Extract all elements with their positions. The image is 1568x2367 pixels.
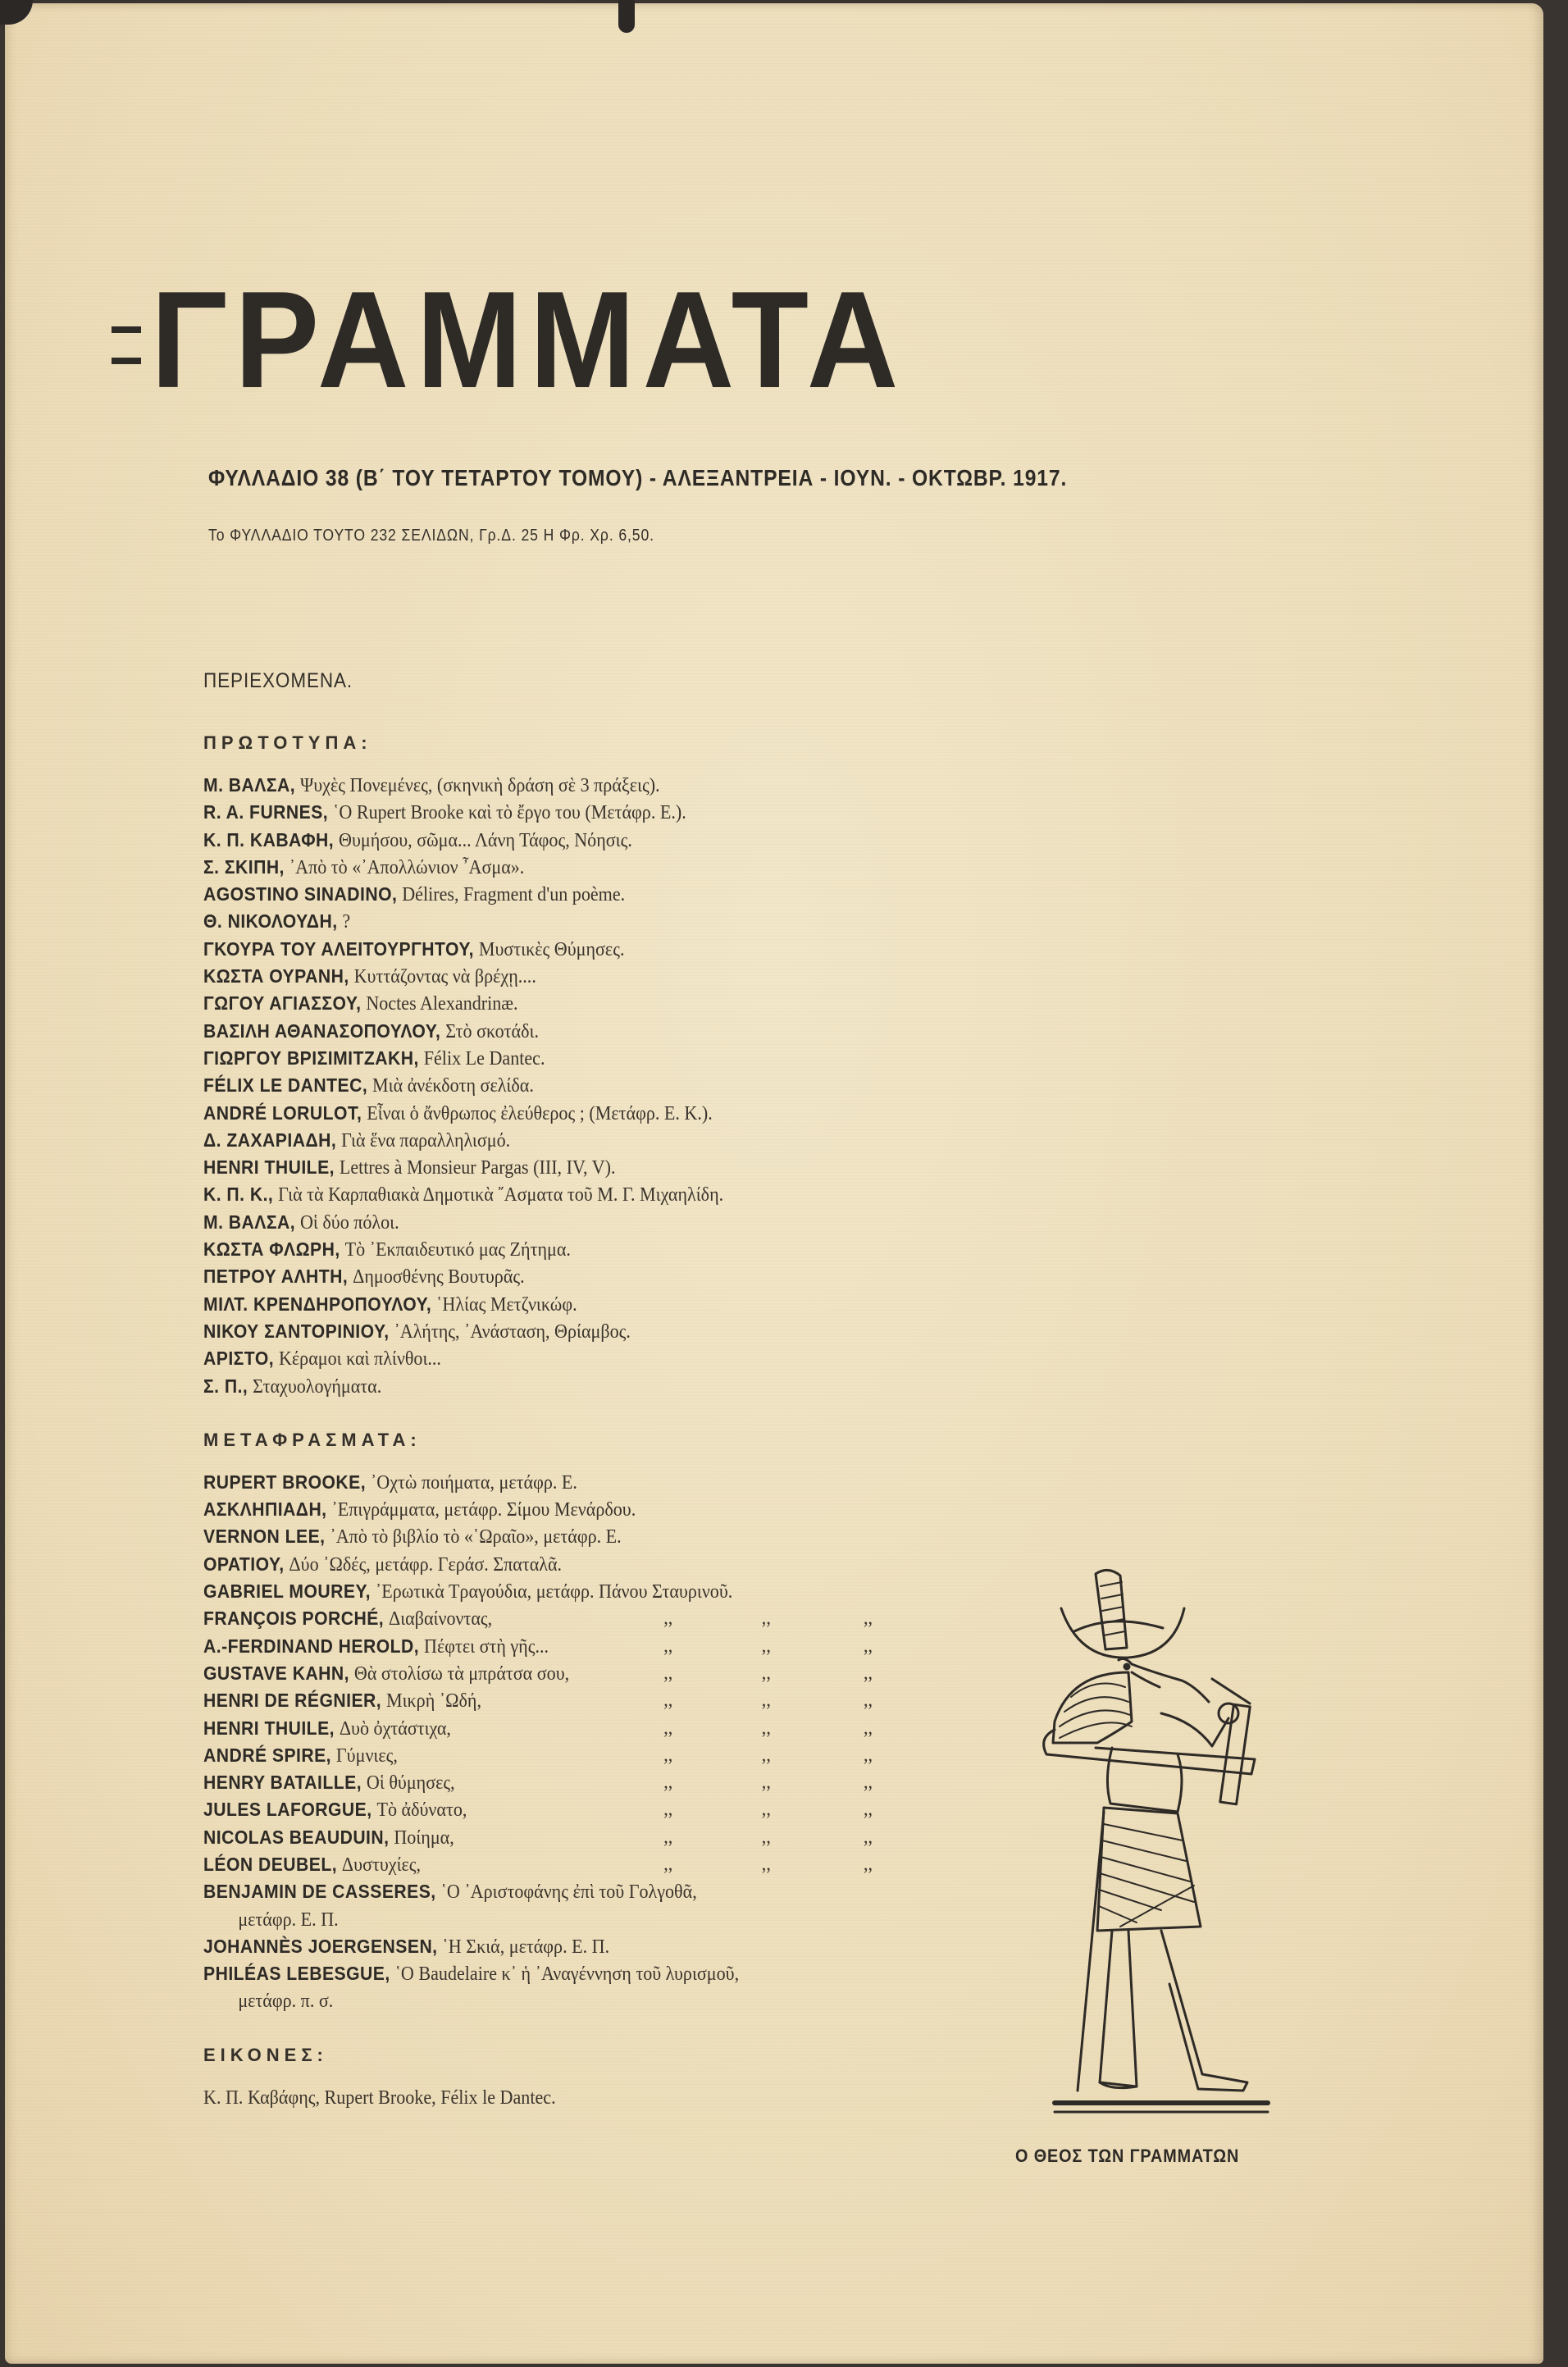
- contents-entry: FRANÇOIS PORCHÉ, Διαβαίνοντας,,,,,,,: [203, 1605, 958, 1632]
- ditto-mark: ,,: [762, 1633, 771, 1659]
- contents-entry: ΑΣΚΛΗΠΙΑΔΗ, ᾿Επιγράμματα, μετάφρ. Σίμου …: [203, 1496, 958, 1523]
- entry-author: A.-FERDINAND HEROLD,: [203, 1635, 419, 1657]
- entry-author: HENRI THUILE,: [203, 1717, 335, 1739]
- ditto-mark: ,,: [864, 1769, 873, 1795]
- contents-entry: JULES LAFORGUE, Τὸ ἀδύνατο,,,,,,,: [203, 1796, 958, 1823]
- contents-entry: VERNON LEE, ᾿Απὸ τὸ βιβλίο τὸ «῾Ωραῖο», …: [203, 1523, 958, 1550]
- entry-work: ῾Η Σκιά, μετάφρ. Ε. Π.: [442, 1936, 609, 1958]
- entry-author: Κ. Π. Κ.,: [203, 1183, 273, 1205]
- entry-work: Οἱ δύο πόλοι.: [300, 1212, 399, 1234]
- entry-work: Οἱ θύμησες,: [367, 1772, 455, 1794]
- contents-entry: ΓΙΩΡΓΟΥ ΒΡΙΣΙΜΙΤΖΑΚΗ, Félix Le Dantec.: [203, 1045, 958, 1072]
- ditto-mark: ,,: [762, 1605, 771, 1631]
- ditto-mark: ,,: [864, 1851, 873, 1877]
- contents-entry: FÉLIX LE DANTEC, Μιὰ ἀνέκδοτη σελίδα.: [203, 1072, 958, 1099]
- contents-entry-continuation: μετάφρ. Ε. Π.: [203, 1906, 958, 1933]
- entry-author: ΟΡΑΤΙΟΥ,: [203, 1553, 285, 1575]
- entry-author: PHILÉAS LEBESGUE,: [203, 1963, 390, 1984]
- entry-work: ᾿Ερωτικὰ Τραγούδια, μετάφρ. Πάνου Σταυρι…: [376, 1581, 732, 1603]
- entry-work: Félix Le Dantec.: [424, 1048, 545, 1069]
- entry-author: ANDRÉ SPIRE,: [203, 1744, 331, 1766]
- entry-author: ΒΑΣΙΛΗ ΑΘΑΝΑΣΟΠΟΥΛΟΥ,: [203, 1020, 440, 1042]
- entry-work: ᾿Απὸ τὸ βιβλίο τὸ «῾Ωραῖο», μετάφρ. Ε.: [330, 1526, 621, 1548]
- entry-work: Μιὰ ἀνέκδοτη σελίδα.: [372, 1075, 534, 1097]
- contents-entry: ΓΚΟΥΡΑ ΤΟΥ ΑΛΕΙΤΟΥΡΓΗΤΟΥ, Μυστικὲς Θύμησ…: [203, 936, 958, 963]
- entry-author: Θ. ΝΙΚΟΛΟΥΔΗ,: [203, 910, 338, 932]
- entry-author: Μ. ΒΑΛΣΑ,: [203, 774, 295, 796]
- ditto-mark: ,,: [663, 1742, 672, 1768]
- contents-entry: ΝΙΚΟΥ ΣΑΝΤΟΡΙΝΙΟΥ, ᾿Αλήτης, ᾿Ανάσταση, Θ…: [203, 1318, 958, 1345]
- entry-work: ᾿Αλήτης, ᾿Ανάσταση, Θρίαμβος.: [394, 1321, 630, 1343]
- contents-entry: NICOLAS BEAUDUIN, Ποίημα,,,,,,,: [203, 1824, 958, 1851]
- ditto-mark: ,,: [663, 1769, 672, 1795]
- ditto-mark: ,,: [864, 1742, 873, 1768]
- entry-author: RUPERT BROOKE,: [203, 1471, 366, 1493]
- contents-entry: ΓΩΓΟΥ ΑΓΙΑΣΣΟΥ, Noctes Alexandrinæ.: [203, 990, 958, 1017]
- ditto-mark: ,,: [663, 1687, 672, 1713]
- contents-entry: Δ. ΖΑΧΑΡΙΑΔΗ, Γιὰ ἕνα παραλληλισμό.: [203, 1127, 958, 1154]
- issue-info: ΦΥΛΛΑΔΙΟ 38 (Β΄ ΤΟΥ ΤΕΤΑΡΤΟΥ ΤΟΜΟΥ) - ΑΛ…: [208, 465, 1067, 491]
- entry-author: ΑΡΙΣΤΟ,: [203, 1348, 274, 1369]
- entry-work: Εἶναι ὁ ἄνθρωπος ἐλεύθερος ; (Μετάφρ. Ε.…: [367, 1103, 713, 1124]
- entry-author: ΚΩΣΤΑ ΦΛΩΡΗ,: [203, 1238, 340, 1260]
- ditto-mark: ,,: [762, 1796, 771, 1822]
- entry-work: Στὸ σκοτάδι.: [445, 1021, 539, 1042]
- contents-entry: Μ. ΒΑΛΣΑ, Οἱ δύο πόλοι.: [203, 1209, 958, 1236]
- contents-entry: ANDRÉ SPIRE, Γύμνιες,,,,,,,: [203, 1742, 958, 1769]
- contents-entry-continuation: μετάφρ. π. σ.: [203, 1987, 958, 2014]
- masthead-double-bar-ornament: [112, 326, 141, 364]
- contents-entry: JOHANNÈS JOERGENSEN, ῾Η Σκιά, μετάφρ. Ε.…: [203, 1933, 958, 1960]
- entry-author: ΓΩΓΟΥ ΑΓΙΑΣΣΟΥ,: [203, 992, 361, 1014]
- entry-author: ANDRÉ LORULOT,: [203, 1102, 362, 1124]
- illustration-caption: Ο ΘΕΟΣ ΤΩΝ ΓΡΑΜΜΑΤΩΝ: [1015, 2146, 1239, 2167]
- entry-work: ᾿Επιγράμματα, μετάφρ. Σίμου Μενάρδου.: [331, 1499, 636, 1521]
- tear-top-left: [0, 0, 33, 25]
- entry-author: HENRY BATAILLE,: [203, 1772, 362, 1793]
- contents-entry: BENJAMIN DE CASSERES, ῾Ο ᾿Αριστοφάνης ἐπ…: [203, 1878, 958, 1905]
- entry-author: HENRI DE RÉGNIER,: [203, 1690, 381, 1711]
- entry-author: VERNON LEE,: [203, 1526, 326, 1547]
- table-of-contents: ΠΕΡΙΕΧΟΜΕΝΑ. ΠΡΩΤΟΤΥΠΑ: Μ. ΒΑΛΣΑ, Ψυχὲς …: [203, 669, 1023, 2111]
- ditto-mark: ,,: [663, 1660, 672, 1686]
- entry-work: Δημοσθένης Βουτυρᾶς.: [353, 1266, 525, 1288]
- contents-title: ΠΕΡΙΕΧΟΜΕΝΑ.: [203, 669, 941, 693]
- entry-work: ῾Ηλίας Μετζνικώφ.: [436, 1294, 577, 1316]
- entry-work: Κέραμοι καὶ πλίνθοι...: [279, 1348, 441, 1370]
- ditto-mark: ,,: [762, 1687, 771, 1713]
- entry-work-continuation: μετάφρ. Ε. Π.: [238, 1909, 338, 1931]
- entry-author: GABRIEL MOUREY,: [203, 1580, 371, 1602]
- contents-entry: RUPERT BROOKE, ᾿Οχτὼ ποιήματα, μετάφρ. Ε…: [203, 1469, 958, 1496]
- images-list: Κ. Π. Καβάφης, Rupert Brooke, Félix le D…: [203, 2084, 958, 2111]
- ditto-mark: ,,: [864, 1796, 873, 1822]
- entry-author: AGOSTINO SINADINO,: [203, 883, 397, 905]
- entry-work: Μυστικὲς Θύμησες.: [479, 939, 625, 960]
- entry-work: Σταχυολογήματα.: [253, 1376, 381, 1398]
- entry-work: Δυὸ ὀχτάστιχα,: [340, 1718, 451, 1740]
- entry-work: Δυστυχίες,: [342, 1854, 421, 1876]
- ditto-mark: ,,: [663, 1824, 672, 1850]
- ditto-mark: ,,: [663, 1605, 672, 1631]
- entry-work: Γύμνιες,: [336, 1745, 398, 1767]
- contents-entry: LÉON DEUBEL, Δυστυχίες,,,,,,,: [203, 1851, 958, 1878]
- ditto-mark: ,,: [663, 1851, 672, 1877]
- magazine-title: ΓΡΑΜΜΑΤΑ: [151, 271, 906, 408]
- entry-work: Διαβαίνοντας,: [389, 1608, 492, 1630]
- entry-author: Σ. ΣΚΙΠΗ,: [203, 856, 285, 878]
- entry-work: ῾Ο Rupert Brooke καὶ τὸ ἔργο του (Μετάφρ…: [333, 802, 686, 823]
- entry-author: ΝΙΚΟΥ ΣΑΝΤΟΡΙΝΙΟΥ,: [203, 1320, 390, 1342]
- translations-list: RUPERT BROOKE, ᾿Οχτὼ ποιήματα, μετάφρ. Ε…: [203, 1469, 1023, 2015]
- contents-entry: PHILÉAS LEBESGUE, ῾Ο Baudelaire κ᾿ ἡ ᾿Αν…: [203, 1960, 958, 1987]
- entry-author: GUSTAVE KAHN,: [203, 1662, 349, 1684]
- contents-entry: HENRI DE RÉGNIER, Μικρὴ ᾿Ωδή,,,,,,,: [203, 1687, 958, 1714]
- contents-entry: ΠΕΤΡΟΥ ΑΛΗΤΗ, Δημοσθένης Βουτυρᾶς.: [203, 1263, 958, 1290]
- entry-author: Δ. ΖΑΧΑΡΙΑΔΗ,: [203, 1129, 336, 1151]
- contents-entry: A.-FERDINAND HEROLD, Πέφτει στὴ γῆς...,,…: [203, 1633, 958, 1660]
- images-text: Κ. Π. Καβάφης, Rupert Brooke, Félix le D…: [203, 2087, 556, 2109]
- ditto-mark: ,,: [762, 1851, 771, 1877]
- entry-work: ᾿Απὸ τὸ «᾿Απολλώνιον ῏Ασμα».: [289, 857, 525, 878]
- contents-entry: HENRY BATAILLE, Οἱ θύμησες,,,,,,,: [203, 1769, 958, 1796]
- masthead: ΓΡΑΜΜΑΤΑ: [112, 274, 972, 405]
- entry-author: BENJAMIN DE CASSERES,: [203, 1881, 436, 1902]
- ditto-mark: ,,: [864, 1715, 873, 1741]
- contents-entry: GABRIEL MOUREY, ᾿Ερωτικὰ Τραγούδια, μετά…: [203, 1578, 958, 1605]
- contents-entry: Κ. Π. ΚΑΒΑΦΗ, Θυμήσου, σῶμα... Λάνη Τάφο…: [203, 827, 958, 854]
- thoth-ibis-god-icon: [1022, 1557, 1276, 2132]
- entry-work: Μικρὴ ᾿Ωδή,: [386, 1690, 481, 1712]
- entry-author: Κ. Π. ΚΑΒΑΦΗ,: [203, 829, 334, 851]
- entry-author: ΠΕΤΡΟΥ ΑΛΗΤΗ,: [203, 1266, 348, 1287]
- ditto-mark: ,,: [762, 1742, 771, 1768]
- entry-work: ῾Ο ᾿Αριστοφάνης ἐπὶ τοῦ Γολγοθᾶ,: [440, 1881, 696, 1903]
- tear-top-center: [618, 0, 635, 33]
- contents-entry: GUSTAVE KAHN, Θὰ στολίσω τὰ μπράτσα σου,…: [203, 1660, 958, 1687]
- entry-work: Πέφτει στὴ γῆς...: [424, 1636, 549, 1658]
- contents-entry: Κ. Π. Κ., Γιὰ τὰ Καρπαθιακὰ Δημοτικὰ ῎Ασ…: [203, 1181, 958, 1208]
- contents-entry: ANDRÉ LORULOT, Εἶναι ὁ ἄνθρωπος ἐλεύθερο…: [203, 1100, 958, 1127]
- contents-entry: Μ. ΒΑΛΣΑ, Ψυχὲς Πονεμένες, (σκηνικὴ δράσ…: [203, 772, 958, 799]
- entry-author: R. A. FURNES,: [203, 801, 328, 823]
- entry-work: ῾Ο Baudelaire κ᾿ ἡ ᾿Αναγέννηση τοῦ λυρισ…: [395, 1963, 740, 1985]
- ditto-mark: ,,: [864, 1660, 873, 1686]
- contents-entry: ΟΡΑΤΙΟΥ, Δύο ᾿Ωδές, μετάφρ. Γεράσ. Σπατα…: [203, 1551, 958, 1578]
- entry-work: ᾿Οχτὼ ποιήματα, μετάφρ. Ε.: [371, 1472, 577, 1494]
- entry-author: HENRI THUILE,: [203, 1156, 335, 1178]
- ditto-mark: ,,: [864, 1687, 873, 1713]
- entry-author: LÉON DEUBEL,: [203, 1854, 337, 1875]
- entry-author: ΚΩΣΤΑ ΟΥΡΑΝΗ,: [203, 965, 349, 987]
- entry-work: Θὰ στολίσω τὰ μπράτσα σου,: [354, 1663, 569, 1685]
- entry-work: ?: [342, 911, 350, 933]
- entry-work: Δύο ᾿Ωδές, μετάφρ. Γεράσ. Σπαταλᾶ.: [289, 1554, 562, 1576]
- contents-entry: ΒΑΣΙΛΗ ΑΘΑΝΑΣΟΠΟΥΛΟΥ, Στὸ σκοτάδι.: [203, 1018, 958, 1045]
- originals-list: Μ. ΒΑΛΣΑ, Ψυχὲς Πονεμένες, (σκηνικὴ δράσ…: [203, 772, 1023, 1400]
- contents-entry: R. A. FURNES, ῾Ο Rupert Brooke καὶ τὸ ἔρ…: [203, 799, 958, 826]
- entry-author: NICOLAS BEAUDUIN,: [203, 1827, 389, 1848]
- contents-entry: ΑΡΙΣΤΟ, Κέραμοι καὶ πλίνθοι...: [203, 1345, 958, 1372]
- ditto-mark: ,,: [762, 1824, 771, 1850]
- ditto-mark: ,,: [762, 1715, 771, 1741]
- entry-author: FÉLIX LE DANTEC,: [203, 1074, 367, 1096]
- entry-work: Γιὰ τὰ Καρπαθιακὰ Δημοτικὰ ῎Ασματα τοῦ Μ…: [278, 1184, 723, 1206]
- ditto-mark: ,,: [864, 1633, 873, 1659]
- entry-author: JULES LAFORGUE,: [203, 1799, 372, 1820]
- thoth-illustration: [1022, 1557, 1276, 2132]
- contents-entry: ΜΙΛΤ. ΚΡΕΝΔΗΡΟΠΟΥΛΟΥ, ῾Ηλίας Μετζνικώφ.: [203, 1291, 958, 1318]
- entry-author: FRANÇOIS PORCHÉ,: [203, 1608, 384, 1629]
- section-heading-translations: ΜΕΤΑΦΡΑΣΜΑΤΑ:: [203, 1430, 1023, 1451]
- section-heading-originals: ΠΡΩΤΟΤΥΠΑ:: [203, 732, 1023, 754]
- entry-author: ΓΙΩΡΓΟΥ ΒΡΙΣΙΜΙΤΖΑΚΗ,: [203, 1047, 419, 1069]
- entry-work: Ψυχὲς Πονεμένες, (σκηνικὴ δράση σὲ 3 πρά…: [300, 775, 660, 796]
- contents-entry: Σ. ΣΚΙΠΗ, ᾿Απὸ τὸ «᾿Απολλώνιον ῏Ασμα».: [203, 854, 958, 881]
- contents-entry: Θ. ΝΙΚΟΛΟΥΔΗ, ?: [203, 908, 958, 935]
- contents-entry: AGOSTINO SINADINO, Délires, Fragment d'u…: [203, 881, 958, 908]
- ditto-mark: ,,: [762, 1660, 771, 1686]
- entry-work: Délires, Fragment d'un poème.: [402, 884, 625, 905]
- entry-author: Σ. Π.,: [203, 1375, 248, 1397]
- entry-author: ΑΣΚΛΗΠΙΑΔΗ,: [203, 1498, 327, 1520]
- entry-work: Lettres à Monsieur Pargas (III, IV, V).: [340, 1157, 616, 1179]
- contents-entry: ΚΩΣΤΑ ΦΛΩΡΗ, Τὸ ᾿Εκπαιδευτικό μας Ζήτημα…: [203, 1236, 958, 1263]
- ditto-mark: ,,: [663, 1715, 672, 1741]
- entry-work: Ποίημα,: [394, 1827, 454, 1849]
- contents-entry: HENRI THUILE, Δυὸ ὀχτάστιχα,,,,,,,: [203, 1715, 958, 1742]
- ditto-mark: ,,: [663, 1796, 672, 1822]
- section-heading-images: ΕΙΚΟΝΕΣ:: [203, 2045, 1023, 2066]
- contents-entry: Σ. Π., Σταχυολογήματα.: [203, 1373, 958, 1400]
- entry-work: Κυττάζοντας νὰ βρέχῃ....: [354, 966, 536, 987]
- entry-work: Noctes Alexandrinæ.: [366, 993, 517, 1015]
- ditto-mark: ,,: [864, 1824, 873, 1850]
- entry-author: ΓΚΟΥΡΑ ΤΟΥ ΑΛΕΙΤΟΥΡΓΗΤΟΥ,: [203, 938, 474, 960]
- entry-work: Γιὰ ἕνα παραλληλισμό.: [341, 1130, 510, 1152]
- entry-author: JOHANNÈS JOERGENSEN,: [203, 1936, 438, 1957]
- entry-work: Θυμήσου, σῶμα... Λάνη Τάφος, Νόησις.: [339, 830, 632, 851]
- entry-work: Τὸ ᾿Εκπαιδευτικό μας Ζήτημα.: [345, 1239, 571, 1261]
- contents-entry: ΚΩΣΤΑ ΟΥΡΑΝΗ, Κυττάζοντας νὰ βρέχῃ....: [203, 963, 958, 990]
- ditto-mark: ,,: [762, 1769, 771, 1795]
- entry-author: Μ. ΒΑΛΣΑ,: [203, 1211, 295, 1233]
- entry-work: Τὸ ἀδύνατο,: [376, 1799, 467, 1821]
- ditto-mark: ,,: [663, 1633, 672, 1659]
- entry-author: ΜΙΛΤ. ΚΡΕΝΔΗΡΟΠΟΥΛΟΥ,: [203, 1293, 431, 1315]
- entry-work-continuation: μετάφρ. π. σ.: [238, 1991, 333, 2012]
- magazine-cover: ΓΡΑΜΜΑΤΑ ΦΥΛΛΑΔΙΟ 38 (Β΄ ΤΟΥ ΤΕΤΑΡΤΟΥ ΤΟ…: [5, 3, 1543, 2364]
- ditto-mark: ,,: [864, 1605, 873, 1631]
- price-info: Το ΦΥΛΛΑΔΙΟ ΤΟΥΤΟ 232 ΣΕΛΙΔΩΝ, Γρ.Δ. 25 …: [208, 527, 654, 545]
- contents-entry: HENRI THUILE, Lettres à Monsieur Pargas …: [203, 1154, 958, 1181]
